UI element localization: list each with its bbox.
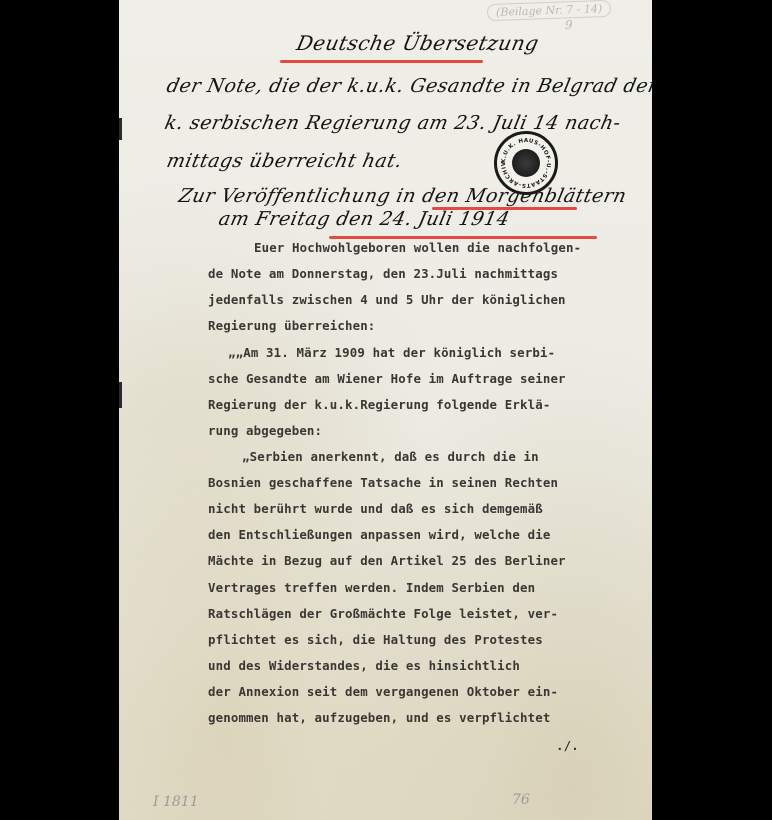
date-red-underline <box>329 236 597 239</box>
typed-line-8: rung abgegeben: <box>208 423 322 438</box>
typed-line-17: und des Widerstandes, die es hinsichtlic… <box>208 658 520 673</box>
typed-line-10: Bosnien geschaffene Tatsache in seinen R… <box>208 475 558 490</box>
typed-line-6: sche Gesandte am Wiener Hofe im Auftrage… <box>208 371 566 386</box>
typed-line-19: genommen hat, aufzugeben, und es verpfli… <box>208 710 550 725</box>
document-page: (Beilage Nr. 7 - 14) 9 Deutsche Übersetz… <box>119 0 652 820</box>
handwritten-line-2: k. serbischen Regierung am 23. Juli 14 n… <box>163 112 623 134</box>
archive-signature: I 1811 <box>153 794 199 810</box>
binding-mark-top <box>119 118 122 140</box>
handwritten-line-4: Zur Veröffentlichung in den Morgenblätte… <box>177 185 629 207</box>
typed-line-5: „„Am 31. März 1909 hat der königlich ser… <box>228 345 555 360</box>
handwritten-line-5: am Freitag den 24. Juli 1914 <box>217 208 512 230</box>
typed-line-9: „Serbien anerkennt, daß es durch die in <box>242 449 539 464</box>
typed-line-14: Vertrages treffen werden. Indem Serbien … <box>208 580 535 595</box>
title-red-underline <box>280 60 483 63</box>
typed-line-4: Regierung überreichen: <box>208 318 375 333</box>
stamp-center <box>512 149 540 177</box>
handwritten-line-1: der Note, die der k.u.k. Gesandte in Bel… <box>165 75 652 97</box>
typed-line-11: nicht berührt wurde und daß es sich demg… <box>208 501 543 516</box>
archive-reference-text: (Beilage Nr. 7 - 14) <box>487 0 612 21</box>
page-number: 76 <box>512 792 530 808</box>
binding-mark-bottom <box>119 382 122 408</box>
folio-number: 9 <box>565 18 573 32</box>
archive-reference-note: (Beilage Nr. 7 - 14) <box>487 2 612 19</box>
handwritten-line-3: mittags überreicht hat. <box>165 150 405 172</box>
typed-line-3: jedenfalls zwischen 4 und 5 Uhr der köni… <box>208 292 566 307</box>
typed-line-1: Euer Hochwohlgeboren wollen die nachfolg… <box>254 240 581 255</box>
typed-line-12: den Entschließungen anpassen wird, welch… <box>208 527 550 542</box>
archive-stamp: K.U.K. HAUS-HOF-U.-STAATS-ARCHIV WIEN <box>494 131 558 195</box>
typed-line-2: de Note am Donnerstag, den 23.Juli nachm… <box>208 266 558 281</box>
typed-line-18: der Annexion seit dem vergangenen Oktobe… <box>208 684 558 699</box>
typed-line-15: Ratschlägen der Großmächte Folge leistet… <box>208 606 558 621</box>
typed-line-13: Mächte in Bezug auf den Artikel 25 des B… <box>208 553 566 568</box>
continuation-mark: ./. <box>556 738 579 753</box>
typed-line-7: Regierung der k.u.k.Regierung folgende E… <box>208 397 550 412</box>
handwritten-title: Deutsche Übersetzung <box>294 31 541 55</box>
typed-line-16: pflichtet es sich, die Haltung des Prote… <box>208 632 543 647</box>
